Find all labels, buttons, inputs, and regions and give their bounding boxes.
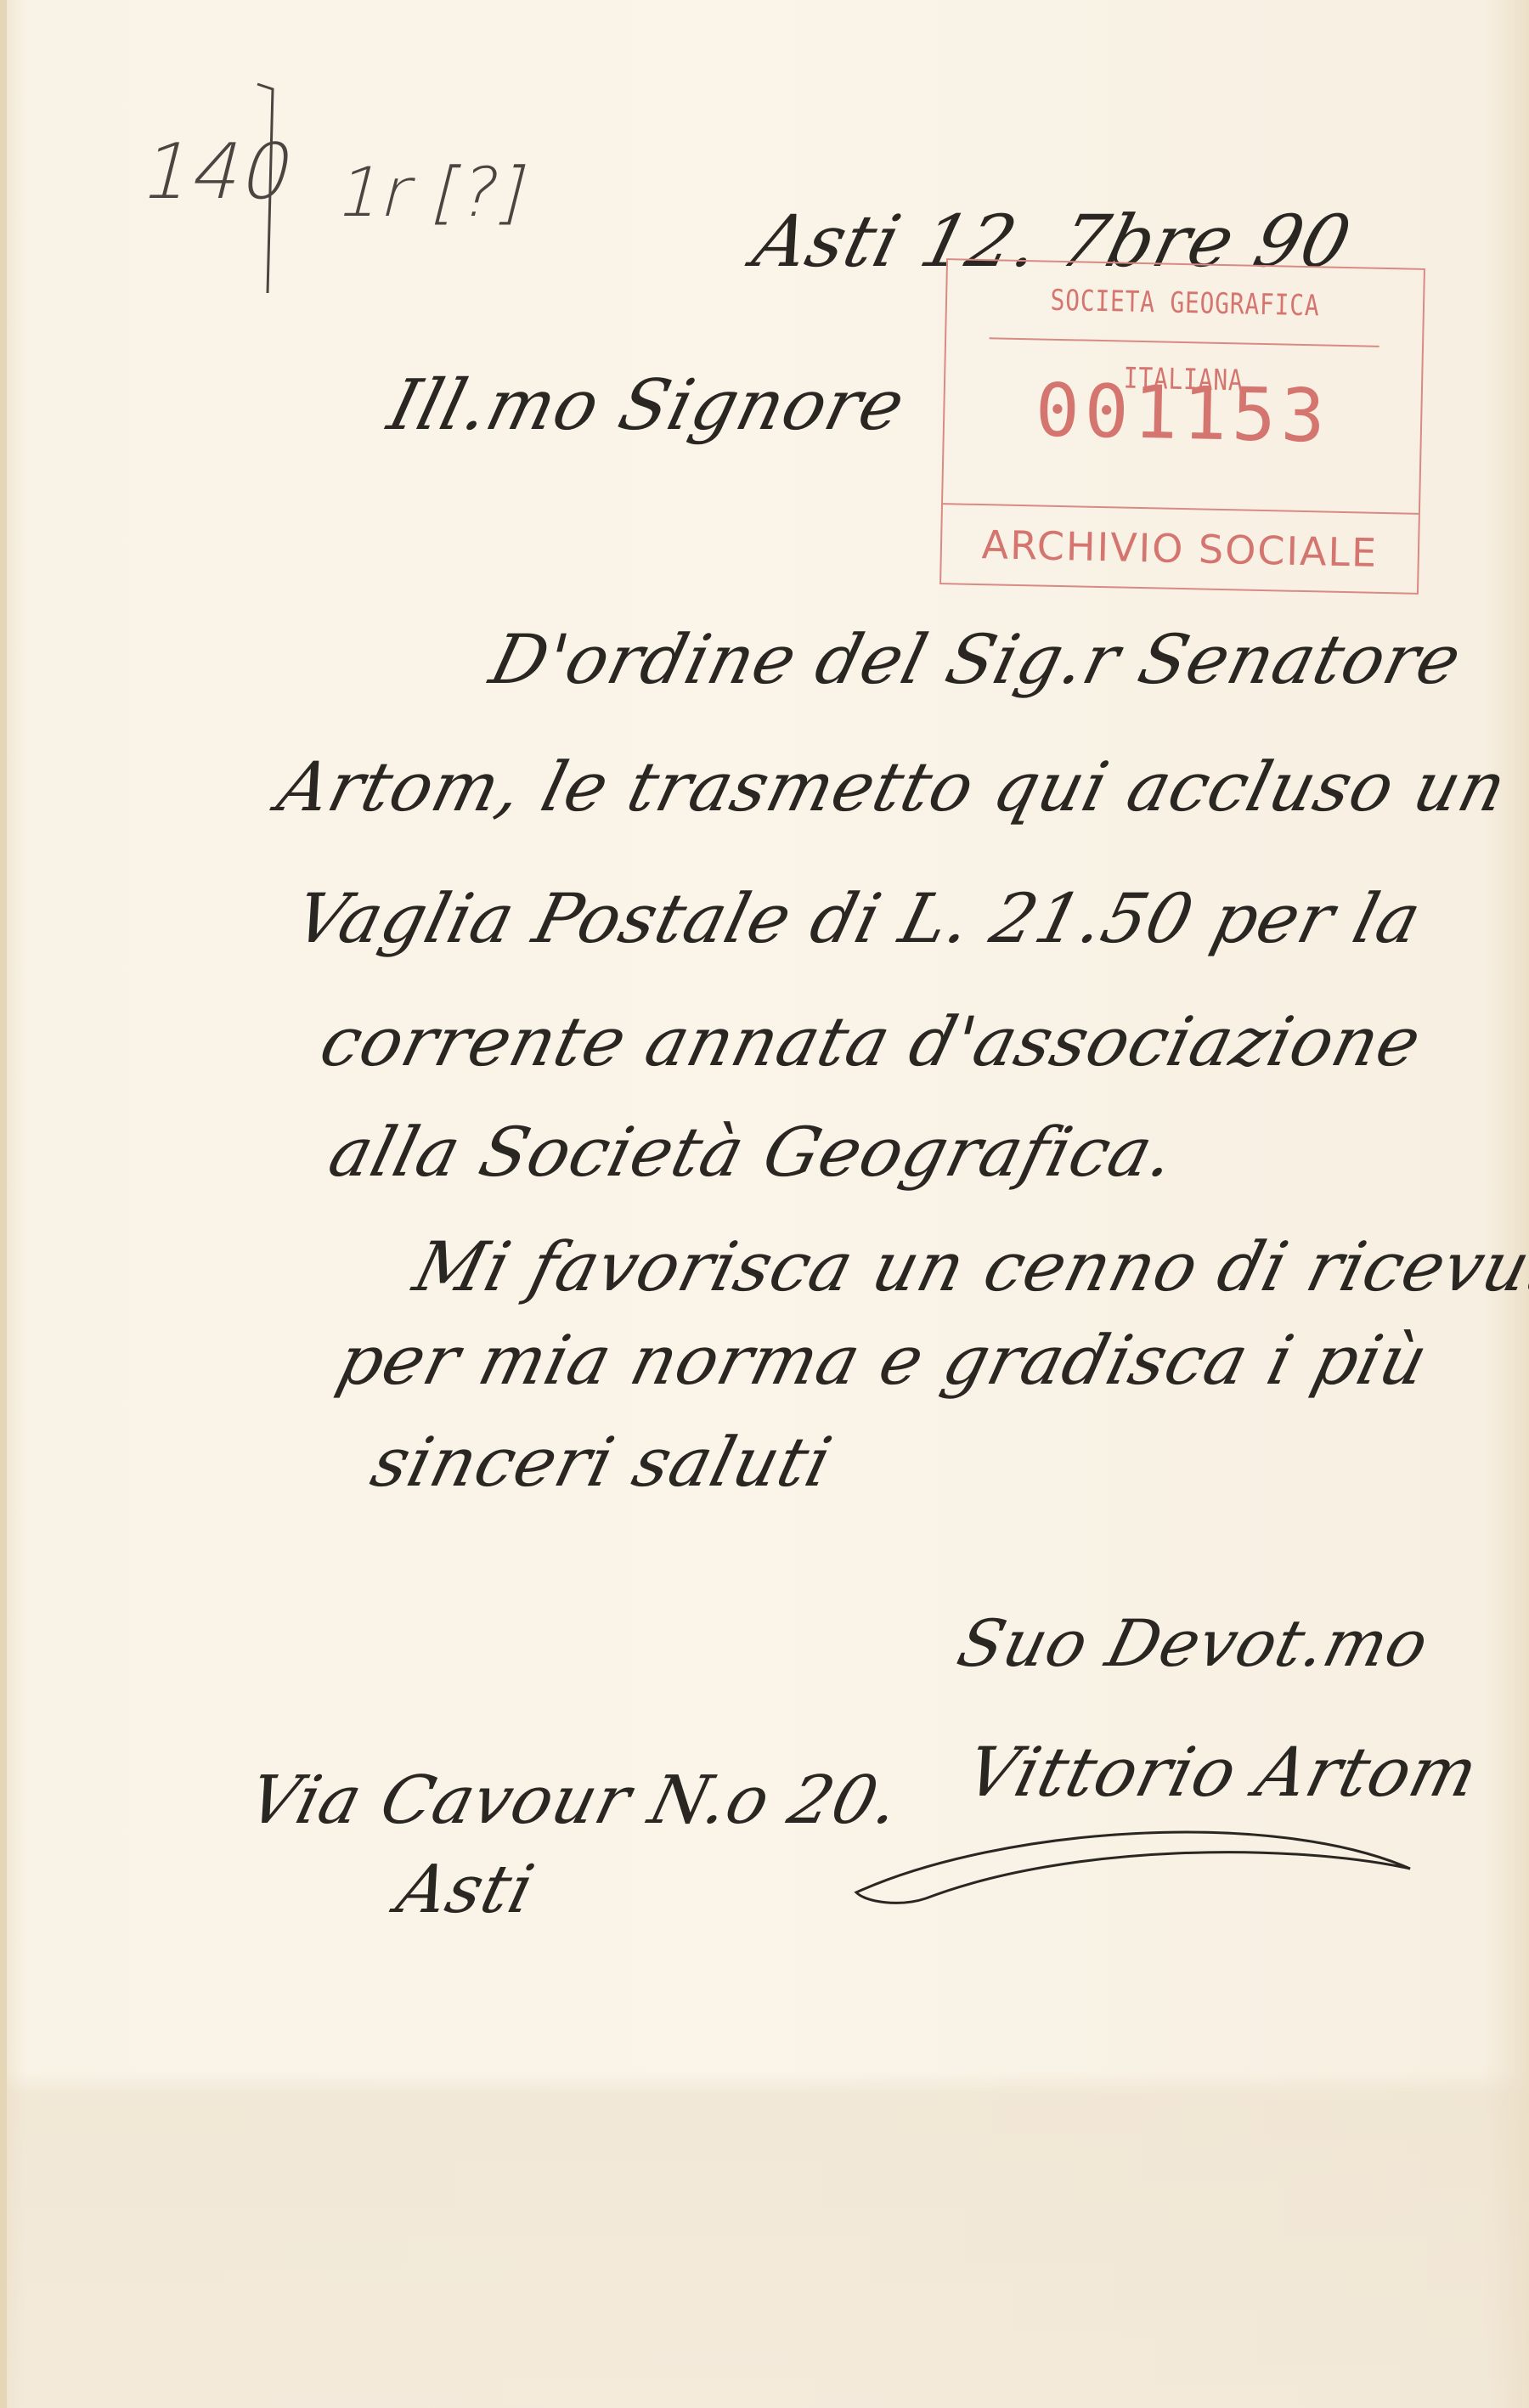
body-line-6: Mi favorisca un cenno di ricevuta	[406, 1227, 1529, 1306]
signature-flourish	[849, 1809, 1427, 1923]
archive-note-folio: 1r [?]	[330, 153, 536, 232]
archive-stamp: SOCIETA GEOGRAFICA ITALIANA 001153 ARCHI…	[939, 258, 1425, 595]
sender-city: Asti	[390, 1852, 542, 1928]
salutation: Ill.mo Signore	[381, 365, 913, 446]
body-line-1: D'ordine del Sig.r Senatore	[482, 620, 1469, 699]
stamp-number: 001153	[944, 366, 1421, 461]
body-line-2: Artom, le trasmetto qui accluso un	[270, 747, 1515, 826]
body-line-4: corrente annata d'associazione	[313, 1002, 1429, 1081]
body-line-8: sinceri saluti	[364, 1423, 839, 1502]
stamp-footer: ARCHIVIO SOCIALE	[941, 503, 1419, 593]
body-line-5: alla Società Geografica.	[321, 1113, 1183, 1192]
body-line-7: per mia norma e gradisca i più	[330, 1321, 1436, 1400]
archive-note-bracket	[251, 81, 285, 305]
paper-edge	[0, 0, 7, 2408]
body-line-3: Vaglia Postale di L. 21.50 per la	[287, 879, 1429, 958]
signature: Vittorio Artom	[958, 1733, 1486, 1812]
sender-street: Via Cavour N.o 20.	[241, 1762, 908, 1839]
stamp-header: SOCIETA GEOGRAFICA ITALIANA	[990, 261, 1381, 347]
closing: Suo Devot.mo	[951, 1605, 1436, 1681]
